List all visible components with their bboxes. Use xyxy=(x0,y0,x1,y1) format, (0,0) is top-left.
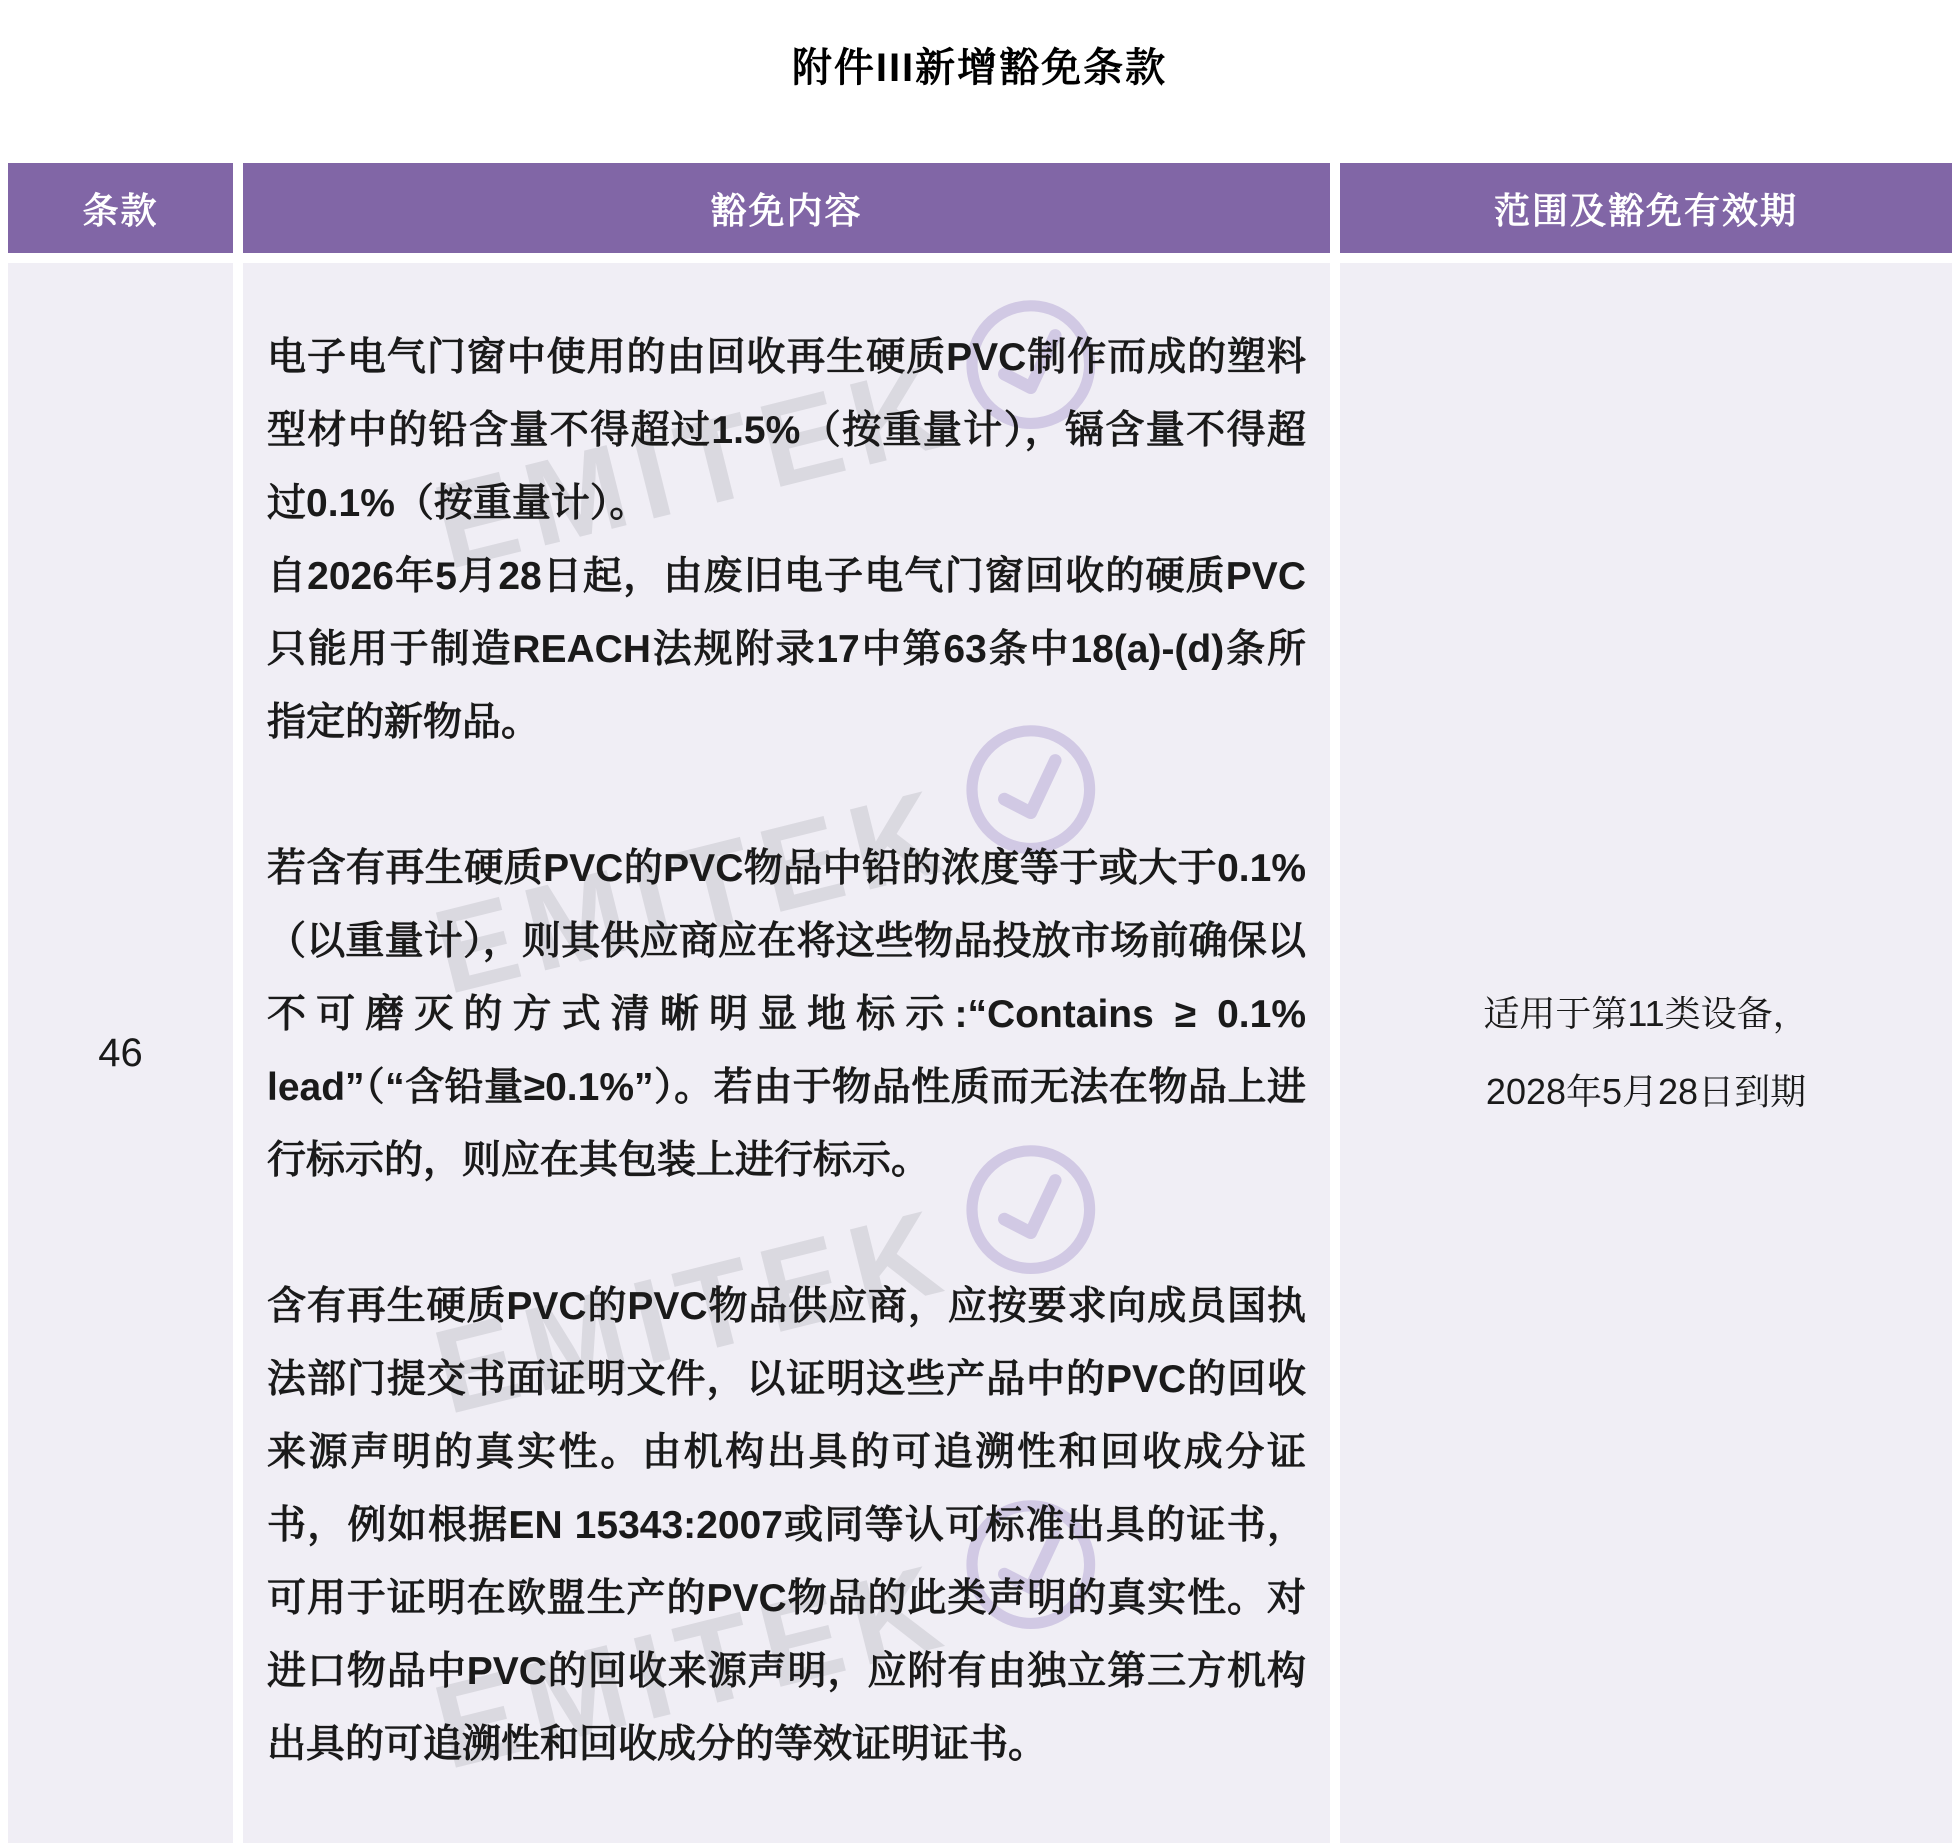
content-paragraph: 自2026年5月28日起，由废旧电子电气门窗回收的硬质PVC只能用于制造REAC… xyxy=(267,540,1306,759)
column-header-clause: 条款 xyxy=(8,163,233,253)
exemption-content-text: 电子电气门窗中使用的由回收再生硬质PVC制作而成的塑料型材中的铅含量不得超过1.… xyxy=(267,321,1306,1781)
scope-line: 适用于第11类设备， xyxy=(1483,975,1808,1053)
content-paragraph: 电子电气门窗中使用的由回收再生硬质PVC制作而成的塑料型材中的铅含量不得超过1.… xyxy=(267,321,1306,540)
content-paragraph: 若含有再生硬质PVC的PVC物品中铅的浓度等于或大于0.1%（以重量计），则其供… xyxy=(267,832,1306,1197)
cell-clause-number: 46 xyxy=(8,263,233,1843)
scope-line: 2028年5月28日到期 xyxy=(1486,1053,1806,1131)
clause-number: 46 xyxy=(98,1031,143,1076)
cell-exemption-content: EMITEK EMITEK EMITEK xyxy=(243,263,1330,1843)
exemption-table: 条款 豁免内容 范围及豁免有效期 46 EMITEK EMITEK xyxy=(8,163,1952,1843)
page-title: 附件III新增豁免条款 xyxy=(0,36,1959,93)
content-paragraph: 含有再生硬质PVC的PVC物品供应商，应按要求向成员国执法部门提交书面证明文件，… xyxy=(267,1270,1306,1781)
column-header-content: 豁免内容 xyxy=(243,163,1330,253)
cell-scope-validity: 适用于第11类设备， 2028年5月28日到期 xyxy=(1340,263,1952,1843)
column-header-scope: 范围及豁免有效期 xyxy=(1340,163,1952,253)
